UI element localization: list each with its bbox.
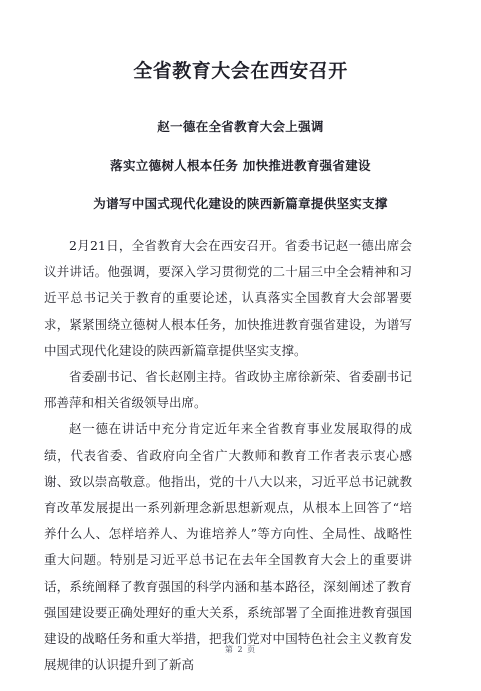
subtitle-support: 为谱写中国式现代化建设的陕西新篇章提供坚实支撑 <box>0 197 481 211</box>
paragraph-1: 2月21日，全省教育大会在西安召开。省委书记赵一德出席会议并讲话。他强调，要深入… <box>44 233 412 364</box>
document-title: 全省教育大会在西安召开 <box>0 59 481 83</box>
subtitle-speaker: 赵一德在全省教育大会上强调 <box>0 120 481 134</box>
document-page: 全省教育大会在西安召开 赵一德在全省教育大会上强调 落实立德树人根本任务 加快推… <box>0 0 481 691</box>
page-number: 第 2 页 <box>0 644 481 655</box>
paragraph-3: 赵一德在讲话中充分肯定近年来全省教育事业发展取得的成绩，代表省委、省政府向全省广… <box>44 416 412 678</box>
paragraph-2: 省委副书记、省长赵刚主持。省政协主席徐新荣、省委副书记邢善萍和相关省级领导出席。 <box>44 364 412 416</box>
document-body: 2月21日，全省教育大会在西安召开。省委书记赵一德出席会议并讲话。他强调，要深入… <box>44 233 412 678</box>
subtitle-task: 落实立德树人根本任务 加快推进教育强省建设 <box>0 159 481 173</box>
